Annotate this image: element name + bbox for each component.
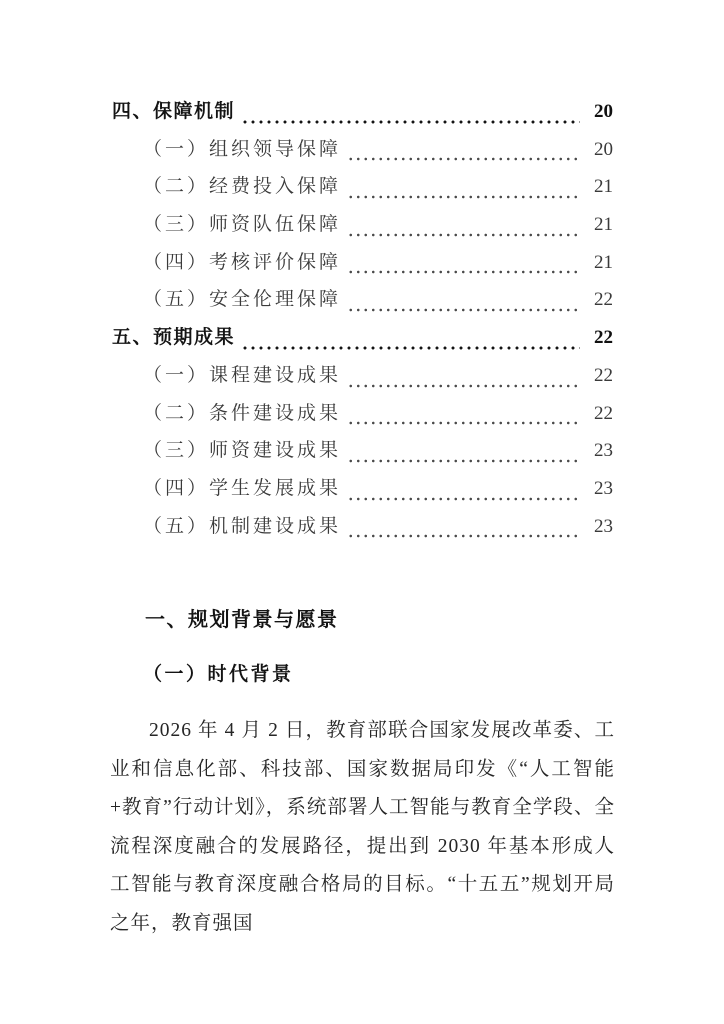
toc-entry-label: （二）条件建设成果 bbox=[143, 395, 341, 433]
toc-dot-leader bbox=[241, 341, 580, 350]
toc-entry: （四）学生发展成果 23 bbox=[112, 470, 613, 508]
toc-entry-label: 四、保障机制 bbox=[112, 93, 235, 131]
toc-page-number: 21 bbox=[587, 168, 613, 206]
toc-page-number: 23 bbox=[587, 432, 613, 470]
toc-page-number: 22 bbox=[587, 281, 613, 319]
toc-page-number: 23 bbox=[587, 470, 613, 508]
toc-entry: （三）师资队伍保障 21 bbox=[112, 206, 613, 244]
toc-entry-label: （五）机制建设成果 bbox=[143, 508, 341, 546]
toc-entry: （四）考核评价保障 21 bbox=[112, 244, 613, 282]
toc-entry-label: （五）安全伦理保障 bbox=[143, 281, 341, 319]
toc-list: 四、保障机制 20 （一）组织领导保障 20 （二）经费投入保障 21 （三）师… bbox=[112, 93, 613, 545]
toc-entry: （二）条件建设成果 22 bbox=[112, 395, 613, 433]
toc-entry: （五）安全伦理保障 22 bbox=[112, 281, 613, 319]
section-heading-level1: 一、规划背景与愿景 bbox=[145, 603, 339, 632]
toc-entry: 四、保障机制 20 bbox=[112, 93, 613, 131]
toc-entry-label: （三）师资建设成果 bbox=[143, 432, 341, 470]
toc-entry-label: （二）经费投入保障 bbox=[143, 168, 341, 206]
toc-dot-leader bbox=[347, 152, 580, 161]
toc-page-number: 22 bbox=[587, 319, 613, 357]
toc-entry: （三）师资建设成果 23 bbox=[112, 432, 613, 470]
toc-dot-leader bbox=[347, 228, 580, 237]
toc-entry: （五）机制建设成果 23 bbox=[112, 508, 613, 546]
toc-dot-leader bbox=[347, 379, 580, 388]
toc-dot-leader bbox=[347, 492, 580, 501]
toc-dot-leader bbox=[347, 529, 580, 538]
toc-dot-leader bbox=[347, 416, 580, 425]
toc-dot-leader bbox=[347, 265, 580, 274]
toc-entry: 五、预期成果 22 bbox=[112, 319, 613, 357]
section-heading-level2: （一）时代背景 bbox=[143, 659, 294, 686]
toc-entry-label: 五、预期成果 bbox=[112, 319, 235, 357]
document-page: 四、保障机制 20 （一）组织领导保障 20 （二）经费投入保障 21 （三）师… bbox=[0, 0, 724, 1024]
body-paragraph: 2026 年 4 月 2 日，教育部联合国家发展改革委、工业和信息化部、科技部、… bbox=[110, 712, 615, 944]
toc-entry-label: （三）师资队伍保障 bbox=[143, 206, 341, 244]
toc-entry: （一）课程建设成果 22 bbox=[112, 357, 613, 395]
toc-entry-label: （一）课程建设成果 bbox=[143, 357, 341, 395]
toc-page-number: 20 bbox=[587, 93, 613, 131]
toc-page-number: 22 bbox=[587, 357, 613, 395]
toc-entry: （二）经费投入保障 21 bbox=[112, 168, 613, 206]
toc-dot-leader bbox=[347, 454, 580, 463]
toc-entry-label: （四）考核评价保障 bbox=[143, 244, 341, 282]
toc-entry-label: （一）组织领导保障 bbox=[143, 131, 341, 169]
toc-dot-leader bbox=[347, 190, 580, 199]
toc-dot-leader bbox=[347, 303, 580, 312]
toc-page-number: 22 bbox=[587, 395, 613, 433]
toc-entry: （一）组织领导保障 20 bbox=[112, 131, 613, 169]
toc-entry-label: （四）学生发展成果 bbox=[143, 470, 341, 508]
toc-page-number: 21 bbox=[587, 244, 613, 282]
toc-page-number: 21 bbox=[587, 206, 613, 244]
toc-page-number: 23 bbox=[587, 508, 613, 546]
toc-dot-leader bbox=[241, 115, 580, 124]
toc-page-number: 20 bbox=[587, 131, 613, 169]
